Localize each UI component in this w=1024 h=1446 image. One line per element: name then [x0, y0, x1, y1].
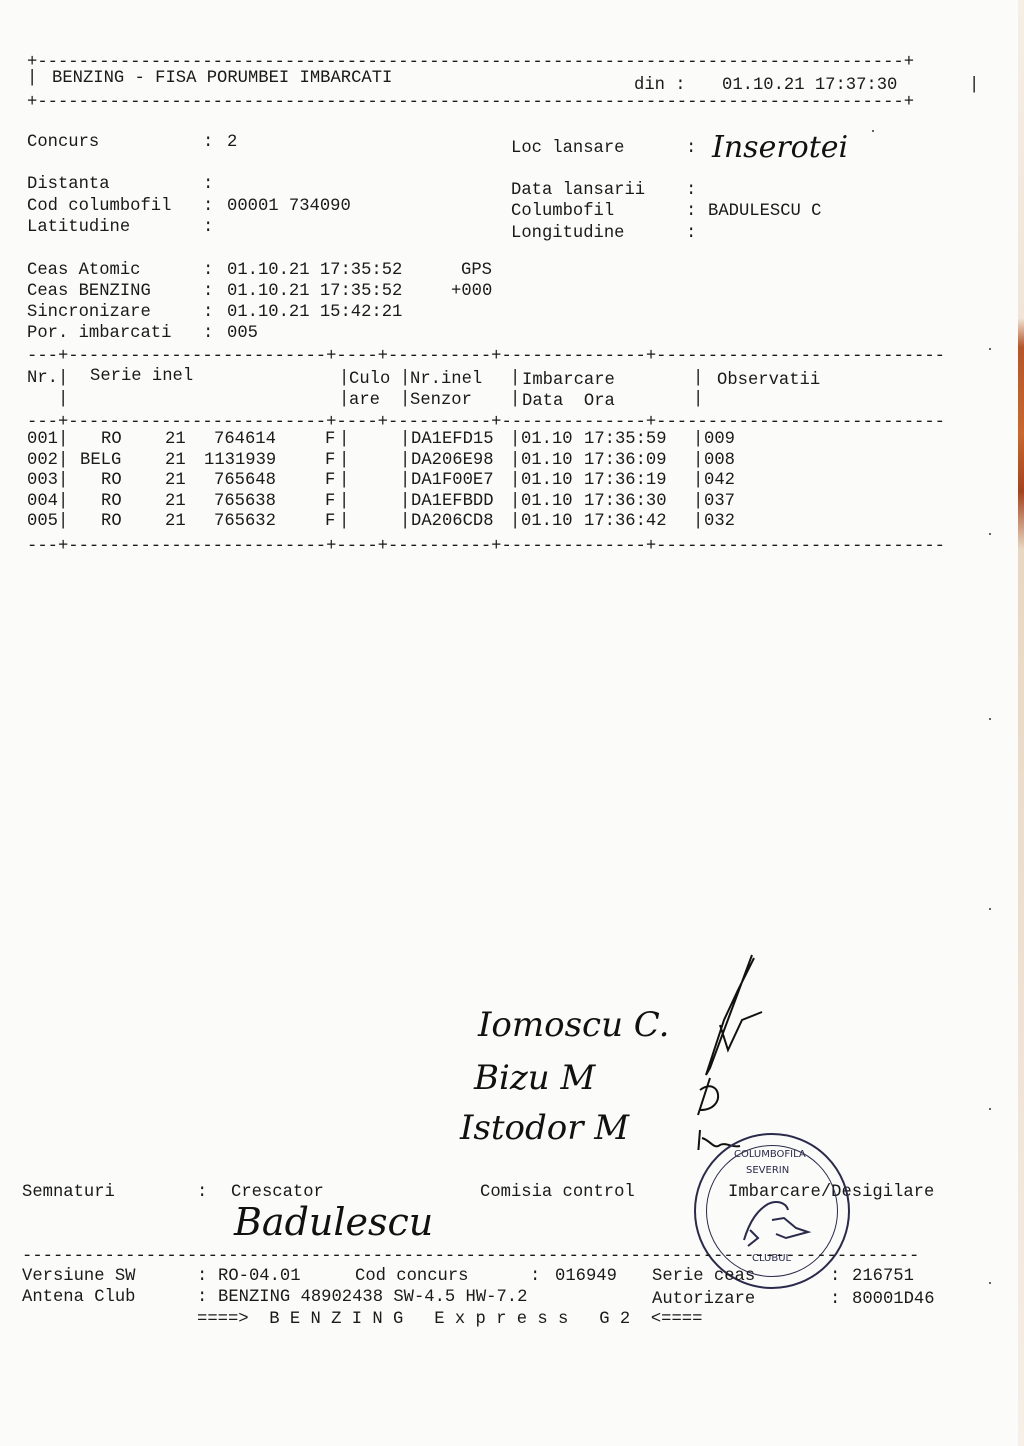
value-antena-club: BENZING 48902438 SW-4.5 HW-7.2	[218, 1287, 527, 1308]
column-separator: |	[693, 511, 703, 532]
label-columbofil: Columbofil	[511, 201, 614, 222]
label-por-imbarcati: Por. imbarcati	[27, 323, 171, 344]
column-separator: |	[400, 470, 410, 491]
cell-date: 01.10	[521, 429, 573, 450]
value-cod-concurs: 016949	[555, 1266, 617, 1287]
cell-country: RO	[101, 429, 122, 450]
scan-dot	[872, 130, 874, 132]
document-title: BENZING - FISA PORUMBEI IMBARCATI	[52, 68, 392, 89]
cell-year: 21	[165, 511, 186, 532]
label-comisia-control: Comisia control	[480, 1182, 635, 1203]
suffix-ceas-benzing: +000	[451, 281, 492, 302]
table-border-top: ---+-------------------------+----+-----…	[27, 346, 945, 367]
header-imbarcare-2: Data Ora	[522, 391, 615, 412]
column-separator: |	[510, 450, 520, 471]
label-serie-ceas: Serie ceas	[652, 1266, 755, 1287]
header-culoare-1: Culo	[349, 369, 390, 390]
suffix-ceas-atomic: GPS	[461, 260, 492, 281]
column-separator: |	[58, 491, 68, 512]
cell-nr: 002	[27, 450, 58, 471]
column-separator: |	[400, 450, 410, 471]
label-longitudine: Longitudine	[511, 223, 624, 244]
label-data-lansarii: Data lansarii	[511, 180, 645, 201]
label-antena-club: Antena Club	[22, 1287, 135, 1308]
cell-sensor: DA206E98	[411, 450, 494, 471]
cell-date: 01.10	[521, 450, 573, 471]
cell-sensor: DA1F00E7	[411, 470, 494, 491]
cell-nr: 005	[27, 511, 58, 532]
cell-date: 01.10	[521, 511, 573, 532]
value-columbofil: BADULESCU C	[708, 201, 821, 222]
label-concurs: Concurs	[27, 132, 99, 153]
cell-country: RO	[101, 511, 122, 532]
header-senzor-2: Senzor	[410, 390, 472, 411]
cell-date: 01.10	[521, 491, 573, 512]
value-cod-columbofil: 00001 734090	[227, 196, 351, 217]
column-separator: |	[339, 470, 349, 491]
cell-time: 17:36:09	[584, 450, 667, 471]
cell-sex: F	[325, 470, 335, 491]
header-border-right: |	[969, 75, 979, 96]
label-latitudine: Latitudine	[27, 217, 130, 238]
column-separator: |	[58, 450, 68, 471]
value-concurs: 2	[227, 132, 237, 153]
header-nr: Nr.	[27, 368, 58, 389]
commission-signature-2: Bizu M	[474, 1058, 595, 1098]
cell-ring: 765632	[214, 511, 276, 532]
value-serie-ceas: 216751	[852, 1266, 914, 1287]
cell-ring: 765648	[214, 470, 276, 491]
label-ceas-benzing: Ceas BENZING	[27, 281, 151, 302]
cell-date: 01.10	[521, 470, 573, 491]
value-ceas-benzing: 01.10.21 17:35:52	[227, 281, 402, 302]
value-loc-lansare-handwritten: Inserotei	[712, 130, 848, 165]
value-ceas-atomic: 01.10.21 17:35:52	[227, 260, 402, 281]
scan-dot	[989, 533, 991, 535]
cell-sex: F	[325, 491, 335, 512]
cell-observatii: 008	[704, 450, 735, 471]
label-semnaturi: Semnaturi	[22, 1182, 115, 1203]
column-separator: |	[400, 429, 410, 450]
label-loc-lansare: Loc lansare	[511, 138, 624, 159]
cell-country: BELG	[80, 450, 121, 471]
brand-line: ====> B E N Z I N G E x p r e s s G 2 <=…	[197, 1309, 702, 1330]
cell-time: 17:35:59	[584, 429, 667, 450]
label-cod-concurs: Cod concurs	[355, 1266, 468, 1287]
cell-observatii: 042	[704, 470, 735, 491]
value-autorizare: 80001D46	[852, 1289, 935, 1310]
cell-ring: 1131939	[204, 450, 276, 471]
scan-dot	[989, 718, 991, 720]
scan-dot	[989, 908, 991, 910]
cell-observatii: 009	[704, 429, 735, 450]
scan-dot	[989, 1108, 991, 1110]
header-observatii: Observatii	[717, 370, 820, 391]
cell-nr: 004	[27, 491, 58, 512]
value-sincronizare: 01.10.21 15:42:21	[227, 302, 402, 323]
paper-edge-scan-artifact	[1018, 0, 1024, 1446]
cell-sensor: DA1EFD15	[411, 429, 494, 450]
cell-time: 17:36:30	[584, 491, 667, 512]
column-separator: |	[339, 511, 349, 532]
commission-initials-scribbles	[680, 950, 790, 1150]
column-separator: |	[339, 450, 349, 471]
label-versiune-sw: Versiune SW	[22, 1266, 135, 1287]
cell-year: 21	[165, 470, 186, 491]
label-distanta: Distanta	[27, 174, 110, 195]
header-serie-inel: Serie inel	[90, 366, 193, 387]
column-separator: |	[400, 491, 410, 512]
pigeon-emblem-icon	[736, 1190, 816, 1250]
cell-nr: 001	[27, 429, 58, 450]
cell-observatii: 037	[704, 491, 735, 512]
column-separator: |	[693, 450, 703, 471]
cell-sensor: DA1EFBDD	[411, 491, 494, 512]
header-senzor-1: Nr.inel	[410, 369, 482, 390]
header-culoare-2: are	[349, 390, 380, 411]
commission-signature-1: Iomoscu C.	[478, 1005, 669, 1045]
header-imbarcare-1: Imbarcare	[522, 370, 615, 391]
header-row: |	[27, 68, 37, 89]
cell-year: 21	[165, 491, 186, 512]
column-separator: |	[58, 511, 68, 532]
footer-divider: ----------------------------------------…	[22, 1246, 919, 1267]
scan-dot	[989, 348, 991, 350]
cell-nr: 003	[27, 470, 58, 491]
value-por-imbarcati: 005	[227, 323, 258, 344]
label-ceas-atomic: Ceas Atomic	[27, 260, 140, 281]
stamp-inner-text: SEVERIN	[746, 1165, 789, 1176]
column-separator: |	[693, 470, 703, 491]
column-separator: |	[58, 429, 68, 450]
table-border-bottom: ---+-------------------------+----+-----…	[27, 536, 945, 557]
column-separator: |	[400, 511, 410, 532]
column-separator: |	[510, 491, 520, 512]
cell-time: 17:36:19	[584, 470, 667, 491]
cell-observatii: 032	[704, 511, 735, 532]
crescator-signature: Badulescu	[234, 1200, 433, 1244]
column-separator: |	[693, 429, 703, 450]
column-separator: |	[510, 429, 520, 450]
cell-year: 21	[165, 429, 186, 450]
column-separator: |	[693, 491, 703, 512]
column-separator: |	[339, 429, 349, 450]
cell-sensor: DA206CD8	[411, 511, 494, 532]
column-separator: |	[58, 470, 68, 491]
cell-country: RO	[101, 470, 122, 491]
header-border-bottom: +---------------------------------------…	[27, 92, 914, 113]
cell-year: 21	[165, 450, 186, 471]
cell-sex: F	[325, 429, 335, 450]
cell-ring: 765638	[214, 491, 276, 512]
cell-country: RO	[101, 491, 122, 512]
cell-time: 17:36:42	[584, 511, 667, 532]
column-separator: |	[510, 470, 520, 491]
cell-sex: F	[325, 450, 335, 471]
column-separator: |	[339, 491, 349, 512]
cell-ring: 764614	[214, 429, 276, 450]
label-sincronizare: Sincronizare	[27, 302, 151, 323]
label-cod-columbofil: Cod columbofil	[27, 196, 171, 217]
cell-sex: F	[325, 511, 335, 532]
column-separator: |	[510, 511, 520, 532]
commission-signature-3: Istodor M	[460, 1108, 629, 1148]
stamp-outer-text: COLUMBOFILA	[734, 1149, 806, 1160]
scan-dot	[989, 1282, 991, 1284]
value-versiune-sw: RO-04.01	[218, 1266, 301, 1287]
label-autorizare: Autorizare	[652, 1289, 755, 1310]
